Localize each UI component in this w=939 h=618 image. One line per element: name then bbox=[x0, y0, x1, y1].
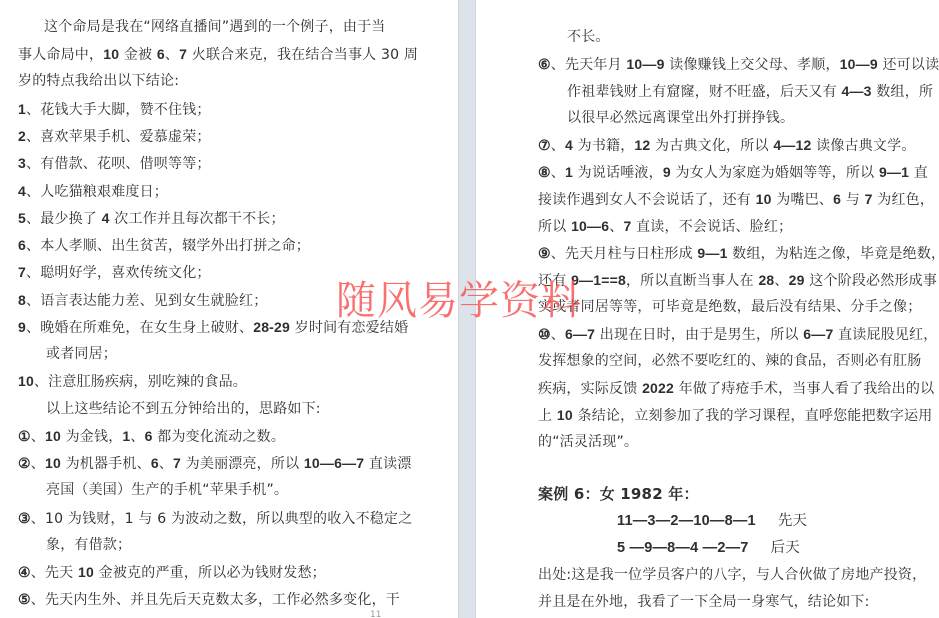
text-line: ⑦、4 为书籍，12 为古典文化，所以 4—12 读像古典文学。 bbox=[538, 136, 916, 155]
text-line: ⑧、1 为说话唾液，9 为女人为家庭为婚姻等等，所以 9—1 直 bbox=[538, 163, 928, 182]
text-line: 象，有借款； bbox=[46, 536, 131, 554]
chart-numbers: 11—3—2—10—8—1 bbox=[617, 513, 756, 529]
text-line: ⑩、6—7 出现在日时，由于是男生，所以 6—7 直读屁股见红， bbox=[538, 325, 938, 344]
text-line: 5、最少换了 4 次工作并且每次都干不长； bbox=[18, 209, 285, 228]
text-line: 岁的特点我给出以下结论: bbox=[18, 72, 179, 90]
text-line: 不长。 bbox=[567, 28, 610, 46]
text-line: ④、先天 10 金被克的严重，所以必为钱财发愁； bbox=[18, 563, 326, 582]
text-line: 并且是在外地，我看了一下全局一身寒气，结论如下: bbox=[538, 593, 870, 611]
case-heading: 案例 6：女 1982 年： bbox=[538, 485, 699, 503]
chart-numbers: 5 —9—8—4 —2—7 bbox=[617, 540, 749, 556]
text-line: ②、10 为机器手机、6、7 为美丽漂亮，所以 10—6—7 直读漂 bbox=[18, 454, 412, 473]
text-line: 事人命局中，10 金被 6、7 火联合来克，我在结合当事人 30 周 bbox=[18, 45, 418, 64]
text-line: 8、语言表达能力差、见到女生就脸红； bbox=[18, 291, 267, 310]
text-line: 出处:这是我一位学员客户的八字，与人合伙做了房地产投资， bbox=[538, 566, 926, 584]
text-line: ①、10 为金钱，1、6 都为变化流动之数。 bbox=[18, 427, 285, 446]
text-line: 以很早必然远离课堂出外打拼挣钱。 bbox=[567, 109, 794, 127]
text-line: 疾病，实际反馈 2022 年做了痔疮手术，当事人看了我给出的以 bbox=[538, 379, 934, 398]
text-line: 这个命局是我在“网络直播间”遇到的一个例子，由于当 bbox=[44, 18, 386, 36]
text-line: 所以 10—6、7 直读，不会说话、脸红； bbox=[538, 217, 792, 236]
text-line: 实或者同居等等，可毕竟是绝数，最后没有结果、分手之像； bbox=[538, 298, 921, 316]
text-line: 4、人吃猫粮艰难度日； bbox=[18, 182, 168, 201]
text-line: 接读作遇到女人不会说话了，还有 10 为嘴巴、6 与 7 为红色， bbox=[538, 190, 934, 209]
text-line: ⑤、先天内生外、并且先后天克数太多，工作必然多变化，干 bbox=[18, 590, 400, 609]
text-line: 9、晚婚在所难免，在女生身上破财、28-29 岁时间有恋爱结婚 bbox=[18, 318, 408, 337]
text-line: 10、注意肛肠疾病，别吃辣的食品。 bbox=[18, 372, 247, 391]
number-chart-row: 11—3—2—10—8—1先天 bbox=[617, 512, 807, 530]
chart-label: 先天 bbox=[778, 513, 807, 529]
text-line: ③、10 为钱财，1 与 6 为波动之数，所以典型的收入不稳定之 bbox=[18, 509, 412, 528]
text-line: ⑥、先天年月 10—9 读像赚钱上交父母、孝顺，10—9 还可以读 bbox=[538, 55, 939, 74]
text-line: 以上这些结论不到五分钟给出的，思路如下: bbox=[46, 400, 321, 418]
text-line: 作祖辈钱财上有窟窿，财不旺盛，后天又有 4—3 数组，所 bbox=[567, 82, 933, 101]
text-line: 1、花钱大手大脚，赞不住钱； bbox=[18, 100, 211, 119]
number-chart-row: 5 —9—8—4 —2—7后天 bbox=[617, 539, 800, 557]
page-gutter bbox=[458, 0, 476, 618]
text-line: 2、喜欢苹果手机、爱慕虚荣； bbox=[18, 127, 211, 146]
page-number: 11 bbox=[370, 610, 381, 618]
right-page: 不长。⑥、先天年月 10—9 读像赚钱上交父母、孝顺，10—9 还可以读作祖辈钱… bbox=[476, 0, 939, 618]
chart-label: 后天 bbox=[771, 540, 800, 556]
text-line: 6、本人孝顺、出生贫苦，辍学外出打拼之命； bbox=[18, 236, 310, 255]
text-line: 发挥想象的空间，必然不要吃红的、辣的食品，否则必有肛肠 bbox=[538, 352, 921, 370]
text-line: 还有 9—1==8，所以直断当事人在 28、29 这个阶段必然形成事 bbox=[538, 271, 937, 290]
text-line: 7、聪明好学，喜欢传统文化； bbox=[18, 263, 211, 282]
left-page: 这个命局是我在“网络直播间”遇到的一个例子，由于当事人命局中，10 金被 6、7… bbox=[0, 0, 458, 618]
text-line: 亮国（美国）生产的手机“苹果手机”。 bbox=[46, 481, 288, 499]
text-line: 3、有借款、花呗、借呗等等； bbox=[18, 154, 211, 173]
text-line: 或者同居； bbox=[46, 345, 117, 363]
text-line: 的“活灵活现”。 bbox=[538, 433, 638, 451]
text-line: ⑨、先天月柱与日柱形成 9—1 数组，为粘连之像，毕竟是绝数， bbox=[538, 244, 939, 263]
text-line: 上 10 条结论，立刻参加了我的学习课程，直呼您能把数字运用 bbox=[538, 406, 933, 425]
